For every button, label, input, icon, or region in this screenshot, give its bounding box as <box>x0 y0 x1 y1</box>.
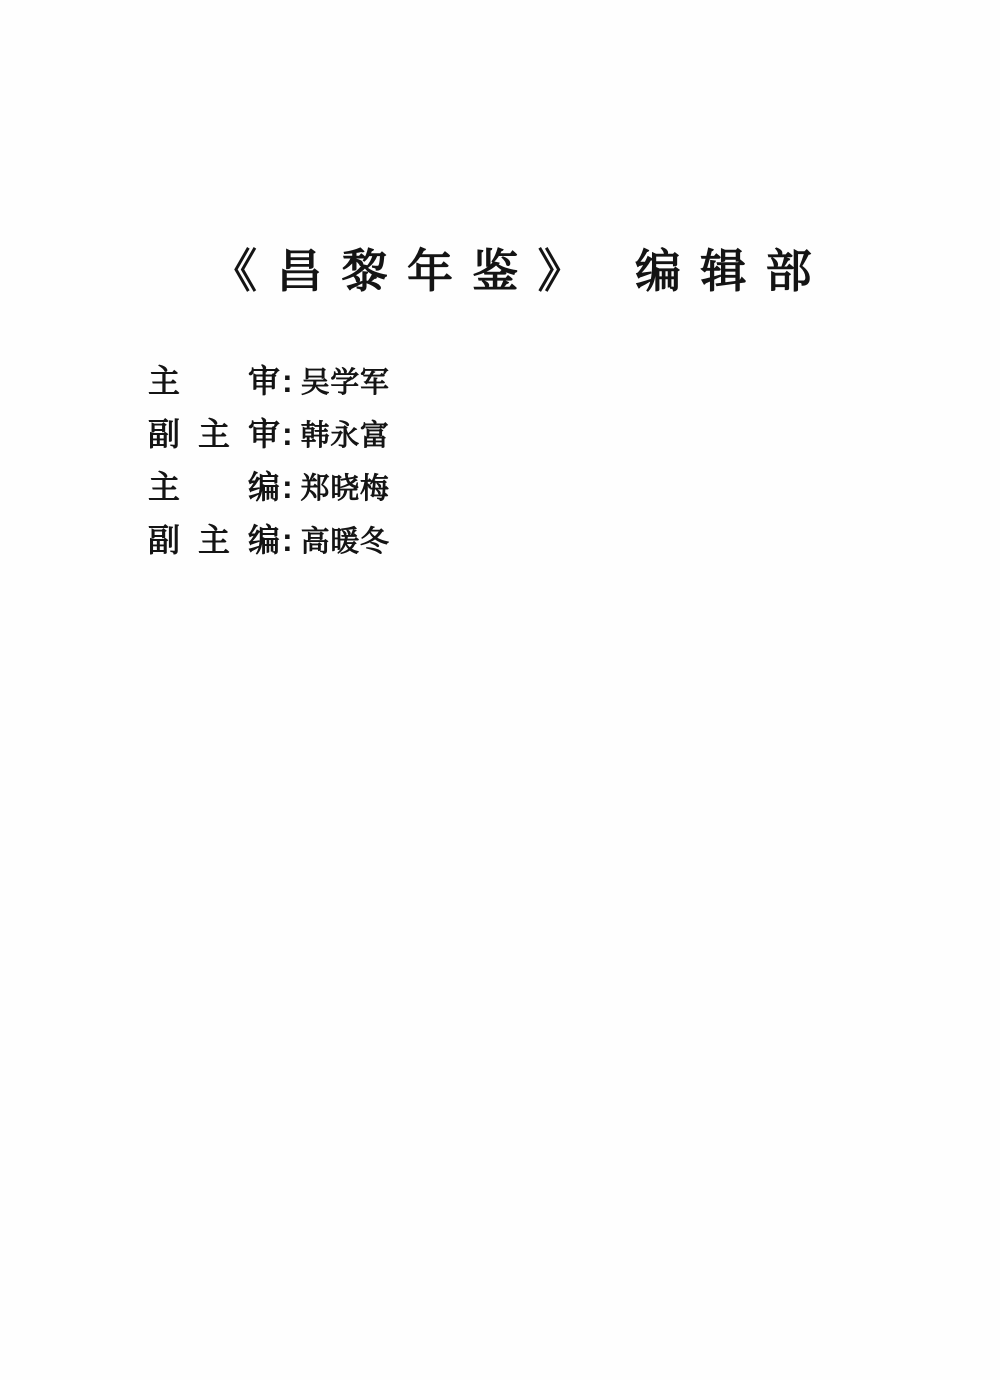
label-char: 审 <box>248 355 280 408</box>
staff-name: 高暖冬 <box>301 516 390 569</box>
staff-row-chief-reviewer: 主 审 : 吴学军 <box>148 355 389 408</box>
label-colon: : <box>282 461 293 514</box>
staff-name: 韩永富 <box>301 410 390 463</box>
staff-role-label: 副 主 编 <box>148 514 280 567</box>
label-char: 主 <box>198 514 230 567</box>
staff-name: 吴学军 <box>301 357 390 410</box>
label-char: 编 <box>248 461 280 514</box>
staff-role-label: 主 编 <box>148 461 280 514</box>
label-char: 审 <box>248 408 280 461</box>
document-page: 《昌黎年鉴》 编辑部 主 审 : 吴学军 副 主 审 : 韩永富 主 编 : <box>0 0 1000 1380</box>
staff-row-deputy-chief-reviewer: 副 主 审 : 韩永富 <box>148 408 389 461</box>
staff-role-label: 主 审 <box>148 355 280 408</box>
label-colon: : <box>282 408 293 461</box>
staff-row-chief-editor: 主 编 : 郑晓梅 <box>148 461 389 514</box>
label-colon: : <box>282 355 293 408</box>
label-char: 副 <box>148 514 180 567</box>
label-char: 编 <box>248 514 280 567</box>
label-char: 主 <box>148 461 180 514</box>
label-char: 主 <box>148 355 180 408</box>
page-title: 《昌黎年鉴》 编辑部 <box>0 246 1000 297</box>
staff-role-label: 副 主 审 <box>148 408 280 461</box>
label-char: 副 <box>148 408 180 461</box>
staff-row-deputy-chief-editor: 副 主 编 : 高暖冬 <box>148 514 389 567</box>
staff-name: 郑晓梅 <box>301 463 390 516</box>
label-colon: : <box>282 514 293 567</box>
label-char: 主 <box>198 408 230 461</box>
staff-list: 主 审 : 吴学军 副 主 审 : 韩永富 主 编 : 郑晓梅 副 <box>148 355 389 567</box>
